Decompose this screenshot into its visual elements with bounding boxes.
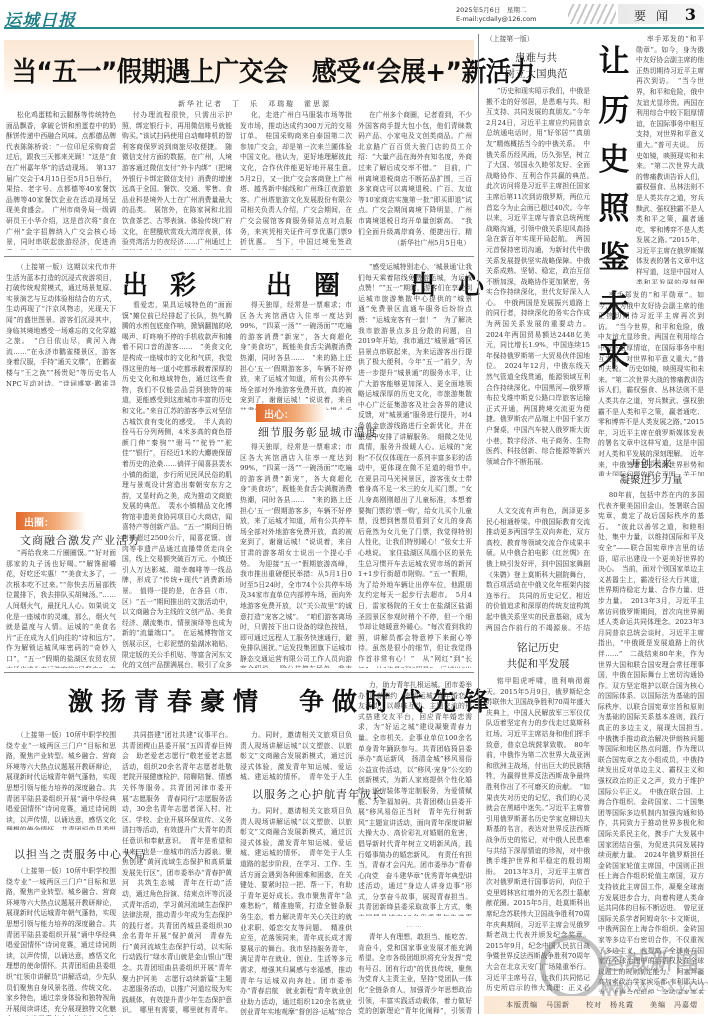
article3-column-3: 力。同时，邀请相关文旅项目负责人现场讲解运城“以文塑旅、以旅彰文”文商融合发展新…	[240, 730, 352, 780]
page-number: 3	[685, 5, 696, 24]
article4-column-1b: 人文交流有声有色，润泽更多民心相通桥梁。中俄国际教育交流推动更多两国学生双向奔赴…	[486, 506, 590, 634]
subhead-line: 铭记历史	[486, 640, 590, 656]
article1-column-2: 付办理流程很快，只需出示护照，绑定银行卡，再用微信账号就能购买。”该试扫码使用自…	[122, 110, 232, 250]
section-name: 要闻	[634, 7, 678, 24]
article2-column-3b: 得天独厚，经常是一票难求；市区各大宾馆酒店入住率一度达到99%，“四菜一汤”“一…	[240, 442, 352, 668]
masthead-rule	[4, 27, 704, 29]
contact-email: E-mail:ycdaily@126.com	[456, 15, 536, 24]
article1-byline: 新华社记者 丁 乐 邓瑞璇 霍思源	[178, 99, 331, 109]
article3-column-5: 青年人有理想、敢担当、能吃苦、肯奋斗，党和国家事业发展才能充满希望。全市各级团组…	[358, 932, 472, 1016]
article3-column-3b: 力。同时，邀请相关文旅项目负责人现场讲解运城“以文塑旅、以旅彰文”文商融合发展新…	[240, 806, 352, 1016]
subsection-title: 文商融合激发产业活力	[20, 532, 140, 548]
article3-column-2: 共同搭建“团社共建”议事平台。共青团稷山县委开展“五四青春巨铸会 助老爱老志愿行…	[122, 730, 232, 1016]
article3-column-4: 力，助力青年扎根运城。团市委举办“青春相约 幸福运城”青年婚恋交友活动，以趣味互…	[358, 680, 472, 916]
page-credits: 本版责编 马国新 校对 杨兆霞 美编 冯嘉熠	[484, 996, 704, 1014]
watermark-logo-icon	[540, 935, 604, 999]
masthead: 运城日报 2025年5月6日 星期二 E-mail:ycdaily@126.co…	[0, 0, 708, 30]
article4-continued: （上接第一版）	[486, 34, 586, 46]
decorative-slashes	[568, 4, 616, 24]
subsection-tag-box: 出心：	[256, 404, 326, 422]
credits-text: 本版责编 马国新 校对 杨兆霞 美编 冯嘉熠	[506, 1000, 698, 1010]
section-tab: 要闻 3	[618, 4, 704, 24]
watermark-url: www.sxycrb.com	[602, 975, 708, 996]
article1-column-3: 化，走进广州白马服装市场等批发市场，推动达成约300万元的交易订单。 桂国采购商…	[240, 110, 352, 250]
article1-dateline: （新华社广州5月5日电）	[358, 238, 470, 250]
article4-column-2a: 率手郑发的“和平勋章”。如今，身为俄中友好协会副主席的他正热切期待习近平主席再次…	[636, 34, 704, 284]
subsection-tag: 出心：	[264, 406, 294, 421]
subsection-tag: 出圈：	[24, 514, 54, 529]
article1-headline: 当“五一”假期遇上广交会 感受“会展+”新活力	[12, 50, 535, 89]
article2-column-2: 看爱恋，果具运城特色的“面面馍”摊位前已经排起了长队，热气腾腾的水煎包底座作响，…	[122, 300, 232, 668]
divider	[4, 256, 474, 257]
article2-column-1: （上接第一版）这期以宋代市井生活为蓝本打造的沉浸式夜游项目，打破传统观赏模式，通…	[6, 262, 116, 386]
article4-column-2: 率手郑发的“和平勋章”。如今，身为俄中友好协会副主席的他正热切期待习近平主席再次…	[598, 290, 704, 476]
site-watermark: 运城新闻网 www.sxycrb.com	[540, 935, 708, 1005]
column-divider	[478, 34, 479, 1014]
title-char: 让	[597, 38, 631, 87]
article4-subhead-2: 开创未来 凝聚进步力量	[598, 456, 704, 488]
article3-column-1: （上接第一版）10所中职学校围绕专业“一城两区三门户”目标和思路，聚焦产业转型、…	[6, 730, 116, 830]
article4-column-1: “历史和现实昭示我们，中俄是搬不走的好邻居，是患难与共、相互支持、共同发展的真朋…	[486, 86, 590, 506]
subhead-line: 开创未来	[598, 456, 704, 472]
article2-subtext: “再给我来二斤圈圈馍。”“好对面那家的丸子汤也好喝。”“解馋耐嚼花，好吃还实惠！…	[6, 548, 116, 668]
issue-info: 2025年5月6日 星期二 E-mail:ycdaily@126.com	[456, 6, 536, 24]
article1-column-4: 在广州多个商圈，记者看到，不少外国客商手提大包小包，他们青睐数码产品、小家电及文…	[358, 110, 472, 238]
subhead-line: 患难与共	[486, 50, 586, 66]
divider	[4, 672, 474, 673]
subsection-title: 细节服务彰显城市温度	[258, 424, 378, 440]
subhead-line: 凝聚进步力量	[598, 472, 704, 488]
title-char: 历	[597, 87, 631, 136]
subhead-line: 共促和平发展	[486, 656, 590, 672]
separator-dots: ……	[358, 920, 472, 930]
title-char: 史	[597, 136, 631, 185]
article2-column-3: 得天独厚，经常是一票难求；市区各大宾馆酒店入住率一度达到99%，“四菜一汤”“一…	[240, 300, 352, 410]
article4-subhead-1: 患难与共 树立大国典范	[486, 50, 586, 82]
article2-column-4: “感受运城特别走心，‘城景通’让我们每天乘着陪线免费游运城，为运城点赞！”“五一…	[358, 262, 472, 668]
title-char: 鉴	[597, 234, 631, 283]
title-char: 照	[597, 185, 631, 234]
article1-column-1: 松化鸡蛋糕和云腿酥等传统特色面品飘香，拿破仑饼和煎蛋卷中的奶酥饼传递中西融合风味…	[6, 110, 116, 250]
subhead-line: 树立大国典范	[486, 66, 586, 82]
article3-column-1b: （上接第一版）10所中职学校围绕专业“一城两区三门户”目标和思路，聚焦产业转型、…	[6, 866, 116, 1016]
article4-column-2b: 80年前，包括中苏在内的多国代表齐聚美国旧金山，签署联合国宪章，奠定了战后国际秩…	[598, 490, 704, 994]
issue-date: 2025年5月6日 星期二	[456, 6, 536, 15]
article4-subhead-3: 铭记历史 共促和平发展	[486, 640, 590, 672]
subsection-tag-box: 出圈：	[16, 512, 86, 530]
